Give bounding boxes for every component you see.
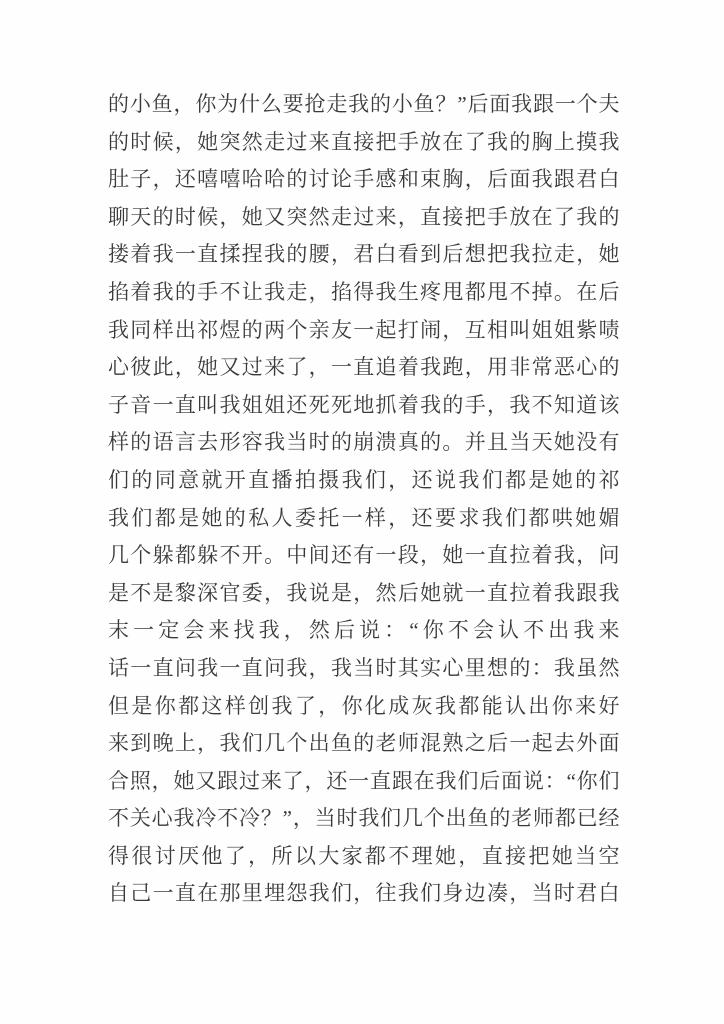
text-line: 聊天的时候，她又突然走过来，直接把手放在了我的腰上，	[108, 199, 620, 237]
text-line: 自己一直在那里埋怨我们，往我们身边凑，当时君白帮我们	[108, 875, 620, 913]
text-line: 末一定会来找我，然后说：“你不会认不出我来吧？”就这句	[108, 612, 620, 650]
text-line: 的时候，她突然走过来直接把手放在了我的胸上摸我的胸和	[108, 124, 620, 162]
text-line: 掐着我的手不让我走，掐得我生疼甩都甩不掉。在后面我跟	[108, 274, 620, 312]
text-line: 的小鱼，你为什么要抢走我的小鱼？”后面我跟一个夫人互动	[108, 86, 620, 124]
text-line: 得很讨厌他了，所以大家都不理她，直接把她当空气，她就	[108, 838, 620, 876]
text-line: 肚子，还嘻嘻哈哈的讨论手感和束胸，后面我跟君白在一起	[108, 161, 620, 199]
text-line: 心彼此，她又过来了，一直追着我跑，用非常恶心的那种夹	[108, 349, 620, 387]
document-page: 的小鱼，你为什么要抢走我的小鱼？”后面我跟一个夫人互动 的时候，她突然走过来直接…	[0, 0, 724, 1024]
text-line: 是不是黎深官委，我说是，然后她就一直拉着我跟我说她周	[108, 575, 620, 613]
text-line: 搂着我一直揉捏我的腰，君白看到后想把我拉走，她死死地	[108, 236, 620, 274]
text-line: 来到晚上，我们几个出鱼的老师混熟之后一起去外面拍大屏	[108, 725, 620, 763]
text-line: 我们都是她的私人委托一样，还要求我们都哄她媚她，我们	[108, 500, 620, 538]
paragraph-text-block: 的小鱼，你为什么要抢走我的小鱼？”后面我跟一个夫人互动 的时候，她突然走过来直接…	[108, 86, 620, 913]
text-line: 我同样出祁煜的两个亲友一起打闹，互相叫姐姐紫啧这些恶	[108, 312, 620, 350]
text-line: 但是你都这样创我了，你化成灰我都能认出你来好吧。时间	[108, 688, 620, 726]
text-line: 们的同意就开直播拍摄我们，还说我们都是她的祁煜，好像	[108, 462, 620, 500]
text-line: 话一直问我一直问我，我当时其实心里想的：我虽然很脸盲，	[108, 650, 620, 688]
text-line: 几个躲都躲不开。中间还有一段，她一直拉着我，问我周末	[108, 537, 620, 575]
text-line: 子音一直叫我姐姐还死死地抓着我的手，我不知道该用什么	[108, 387, 620, 425]
text-line: 不关心我冷不冷？”，当时我们几个出鱼的老师都已经被她创	[108, 800, 620, 838]
text-line: 样的语言去形容我当时的崩溃真的。并且当天她没有经过我	[108, 424, 620, 462]
text-line: 合照，她又跟过来了，还一直跟在我们后面说：“你们为什么	[108, 763, 620, 801]
